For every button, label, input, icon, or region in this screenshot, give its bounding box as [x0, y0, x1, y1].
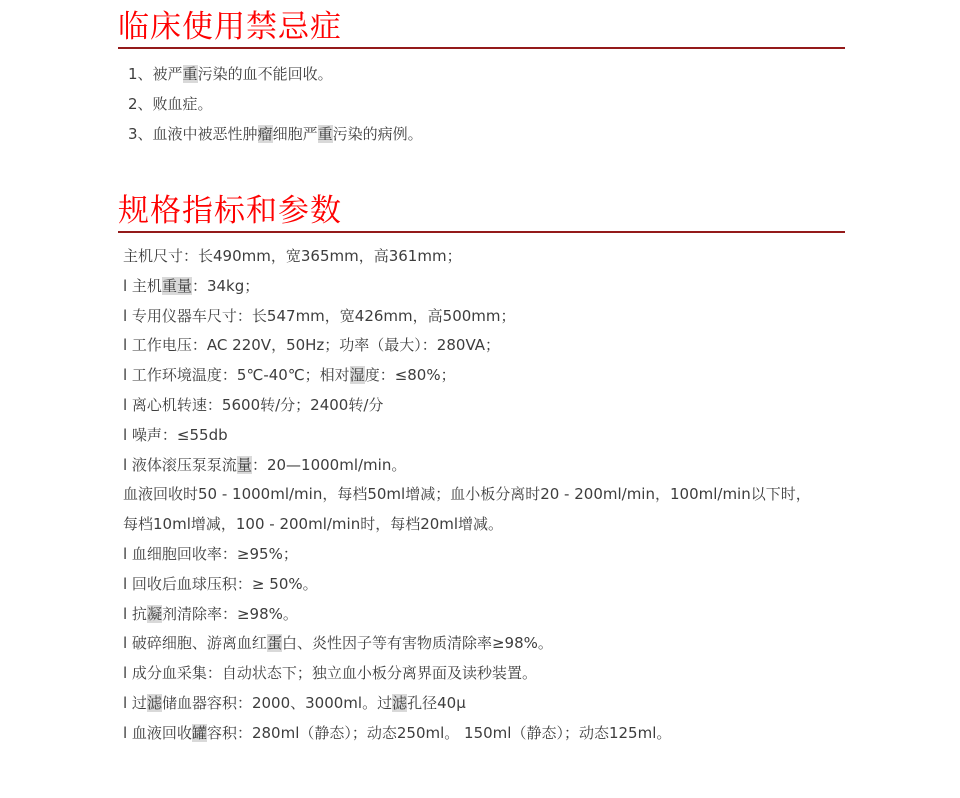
section-contraindications: 临床使用禁忌症 1、被严重污染的血不能回收。2、败血症。3、血液中被恶性肿瘤细胞…	[118, 9, 845, 149]
specifications-title: 规格指标和参数	[118, 193, 845, 229]
highlighted-char: 瘤	[258, 125, 273, 143]
spec-line: l 过滤储血器容积：2000、3000ml。过滤孔径40μ	[123, 689, 845, 719]
spec-line: l 血细胞回收率：≥95%；	[123, 540, 845, 570]
text-segment: 每档10ml增减，100 - 200ml/min时，每档20ml增减。	[123, 515, 503, 533]
spec-line: 每档10ml增减，100 - 200ml/min时，每档20ml增减。	[123, 510, 845, 540]
text-segment: l 专用仪器车尺寸：长547mm，宽426mm，高500mm；	[123, 307, 516, 325]
text-segment: ：34kg；	[192, 277, 259, 295]
text-segment: l 过	[123, 694, 147, 712]
text-segment: 孔径40μ	[407, 694, 466, 712]
spec-line: l 主机重量：34kg；	[123, 272, 845, 302]
spec-line: 血液回收时50 - 1000ml/min，每档50ml增减；血小板分离时20 -…	[123, 480, 845, 510]
contraindication-item: 1、被严重污染的血不能回收。	[128, 59, 845, 89]
spec-line: l 离心机转速：5600转/分；2400转/分	[123, 391, 845, 421]
highlighted-char: 湿	[350, 366, 365, 384]
text-segment: 主机尺寸：长490mm，宽365mm，高361mm；	[123, 247, 462, 265]
spec-line: l 回收后血球压积：≥ 50%。	[123, 570, 845, 600]
text-segment: 容积：280ml（静态）；动态250ml。 150ml（静态）；动态125ml。	[207, 724, 671, 742]
text-segment: 血液回收时50 - 1000ml/min，每档50ml增减；血小板分离时20 -…	[123, 485, 811, 503]
contraindications-title-rule	[118, 47, 845, 49]
contraindications-title: 临床使用禁忌症	[118, 9, 845, 45]
highlighted-char: 滤	[147, 694, 162, 712]
text-segment: 白、炎性因子等有害物质清除率≥98%。	[282, 634, 553, 652]
highlighted-char: 凝	[147, 605, 162, 623]
contraindications-list: 1、被严重污染的血不能回收。2、败血症。3、血液中被恶性肿瘤细胞严重污染的病例。	[118, 59, 845, 149]
text-segment: l 离心机转速：5600转/分；2400转/分	[123, 396, 383, 414]
text-segment: l 工作电压：AC 220V，50Hz；功率（最大）：280VA；	[123, 336, 500, 354]
text-segment: 储血器容积：2000、3000ml。过	[162, 694, 392, 712]
text-segment: 剂清除率：≥98%。	[162, 605, 298, 623]
highlighted-char: 蛋	[267, 634, 282, 652]
spec-line: l 噪声：≤55db	[123, 421, 845, 451]
spec-line: l 抗凝剂清除率：≥98%。	[123, 600, 845, 630]
text-segment: 污染的病例。	[333, 125, 423, 143]
highlighted-char: 重	[318, 125, 333, 143]
text-segment: 1、被严	[128, 65, 183, 83]
highlighted-char: 罐	[192, 724, 207, 742]
spec-line: l 液体滚压泵泵流量：20—1000ml/min。	[123, 451, 845, 481]
contraindication-item: 2、败血症。	[128, 89, 845, 119]
spec-line: l 专用仪器车尺寸：长547mm，宽426mm，高500mm；	[123, 302, 845, 332]
spec-line: l 工作电压：AC 220V，50Hz；功率（最大）：280VA；	[123, 331, 845, 361]
text-segment: l 工作环境温度：5℃-40℃；相对	[123, 366, 350, 384]
highlighted-char: 重量	[162, 277, 192, 295]
specifications-title-rule	[118, 231, 845, 233]
section-specifications: 规格指标和参数 主机尺寸：长490mm，宽365mm，高361mm；l 主机重量…	[118, 193, 845, 749]
highlighted-char: 滤	[392, 694, 407, 712]
text-segment: l 噪声：≤55db	[123, 426, 228, 444]
highlighted-char: 量	[237, 456, 252, 474]
text-segment: l 抗	[123, 605, 147, 623]
text-segment: l 破碎细胞、游离血红	[123, 634, 267, 652]
contraindication-item: 3、血液中被恶性肿瘤细胞严重污染的病例。	[128, 119, 845, 149]
spec-line: l 成分血采集：自动状态下；独立血小板分离界面及读秒装置。	[123, 659, 845, 689]
document-page: 临床使用禁忌症 1、被严重污染的血不能回收。2、败血症。3、血液中被恶性肿瘤细胞…	[0, 0, 960, 798]
spec-line: l 血液回收罐容积：280ml（静态）；动态250ml。 150ml（静态）；动…	[123, 719, 845, 749]
text-segment: l 血液回收	[123, 724, 192, 742]
text-segment: 2、败血症。	[128, 95, 213, 113]
text-segment: l 液体滚压泵泵流	[123, 456, 237, 474]
spec-line: l 工作环境温度：5℃-40℃；相对湿度：≤80%；	[123, 361, 845, 391]
text-segment: l 血细胞回收率：≥95%；	[123, 545, 298, 563]
text-segment: l 成分血采集：自动状态下；独立血小板分离界面及读秒装置。	[123, 664, 537, 682]
spec-line: 主机尺寸：长490mm，宽365mm，高361mm；	[123, 242, 845, 272]
text-segment: 污染的血不能回收。	[198, 65, 333, 83]
text-segment: 度：≤80%；	[365, 366, 456, 384]
highlighted-char: 重	[183, 65, 198, 83]
text-segment: l 回收后血球压积：≥ 50%。	[123, 575, 318, 593]
spec-line: l 破碎细胞、游离血红蛋白、炎性因子等有害物质清除率≥98%。	[123, 629, 845, 659]
text-segment: 3、血液中被恶性肿	[128, 125, 258, 143]
text-segment: ：20—1000ml/min。	[252, 456, 406, 474]
text-segment: l 主机	[123, 277, 162, 295]
text-segment: 细胞严	[273, 125, 318, 143]
specifications-list: 主机尺寸：长490mm，宽365mm，高361mm；l 主机重量：34kg；l …	[118, 242, 845, 749]
